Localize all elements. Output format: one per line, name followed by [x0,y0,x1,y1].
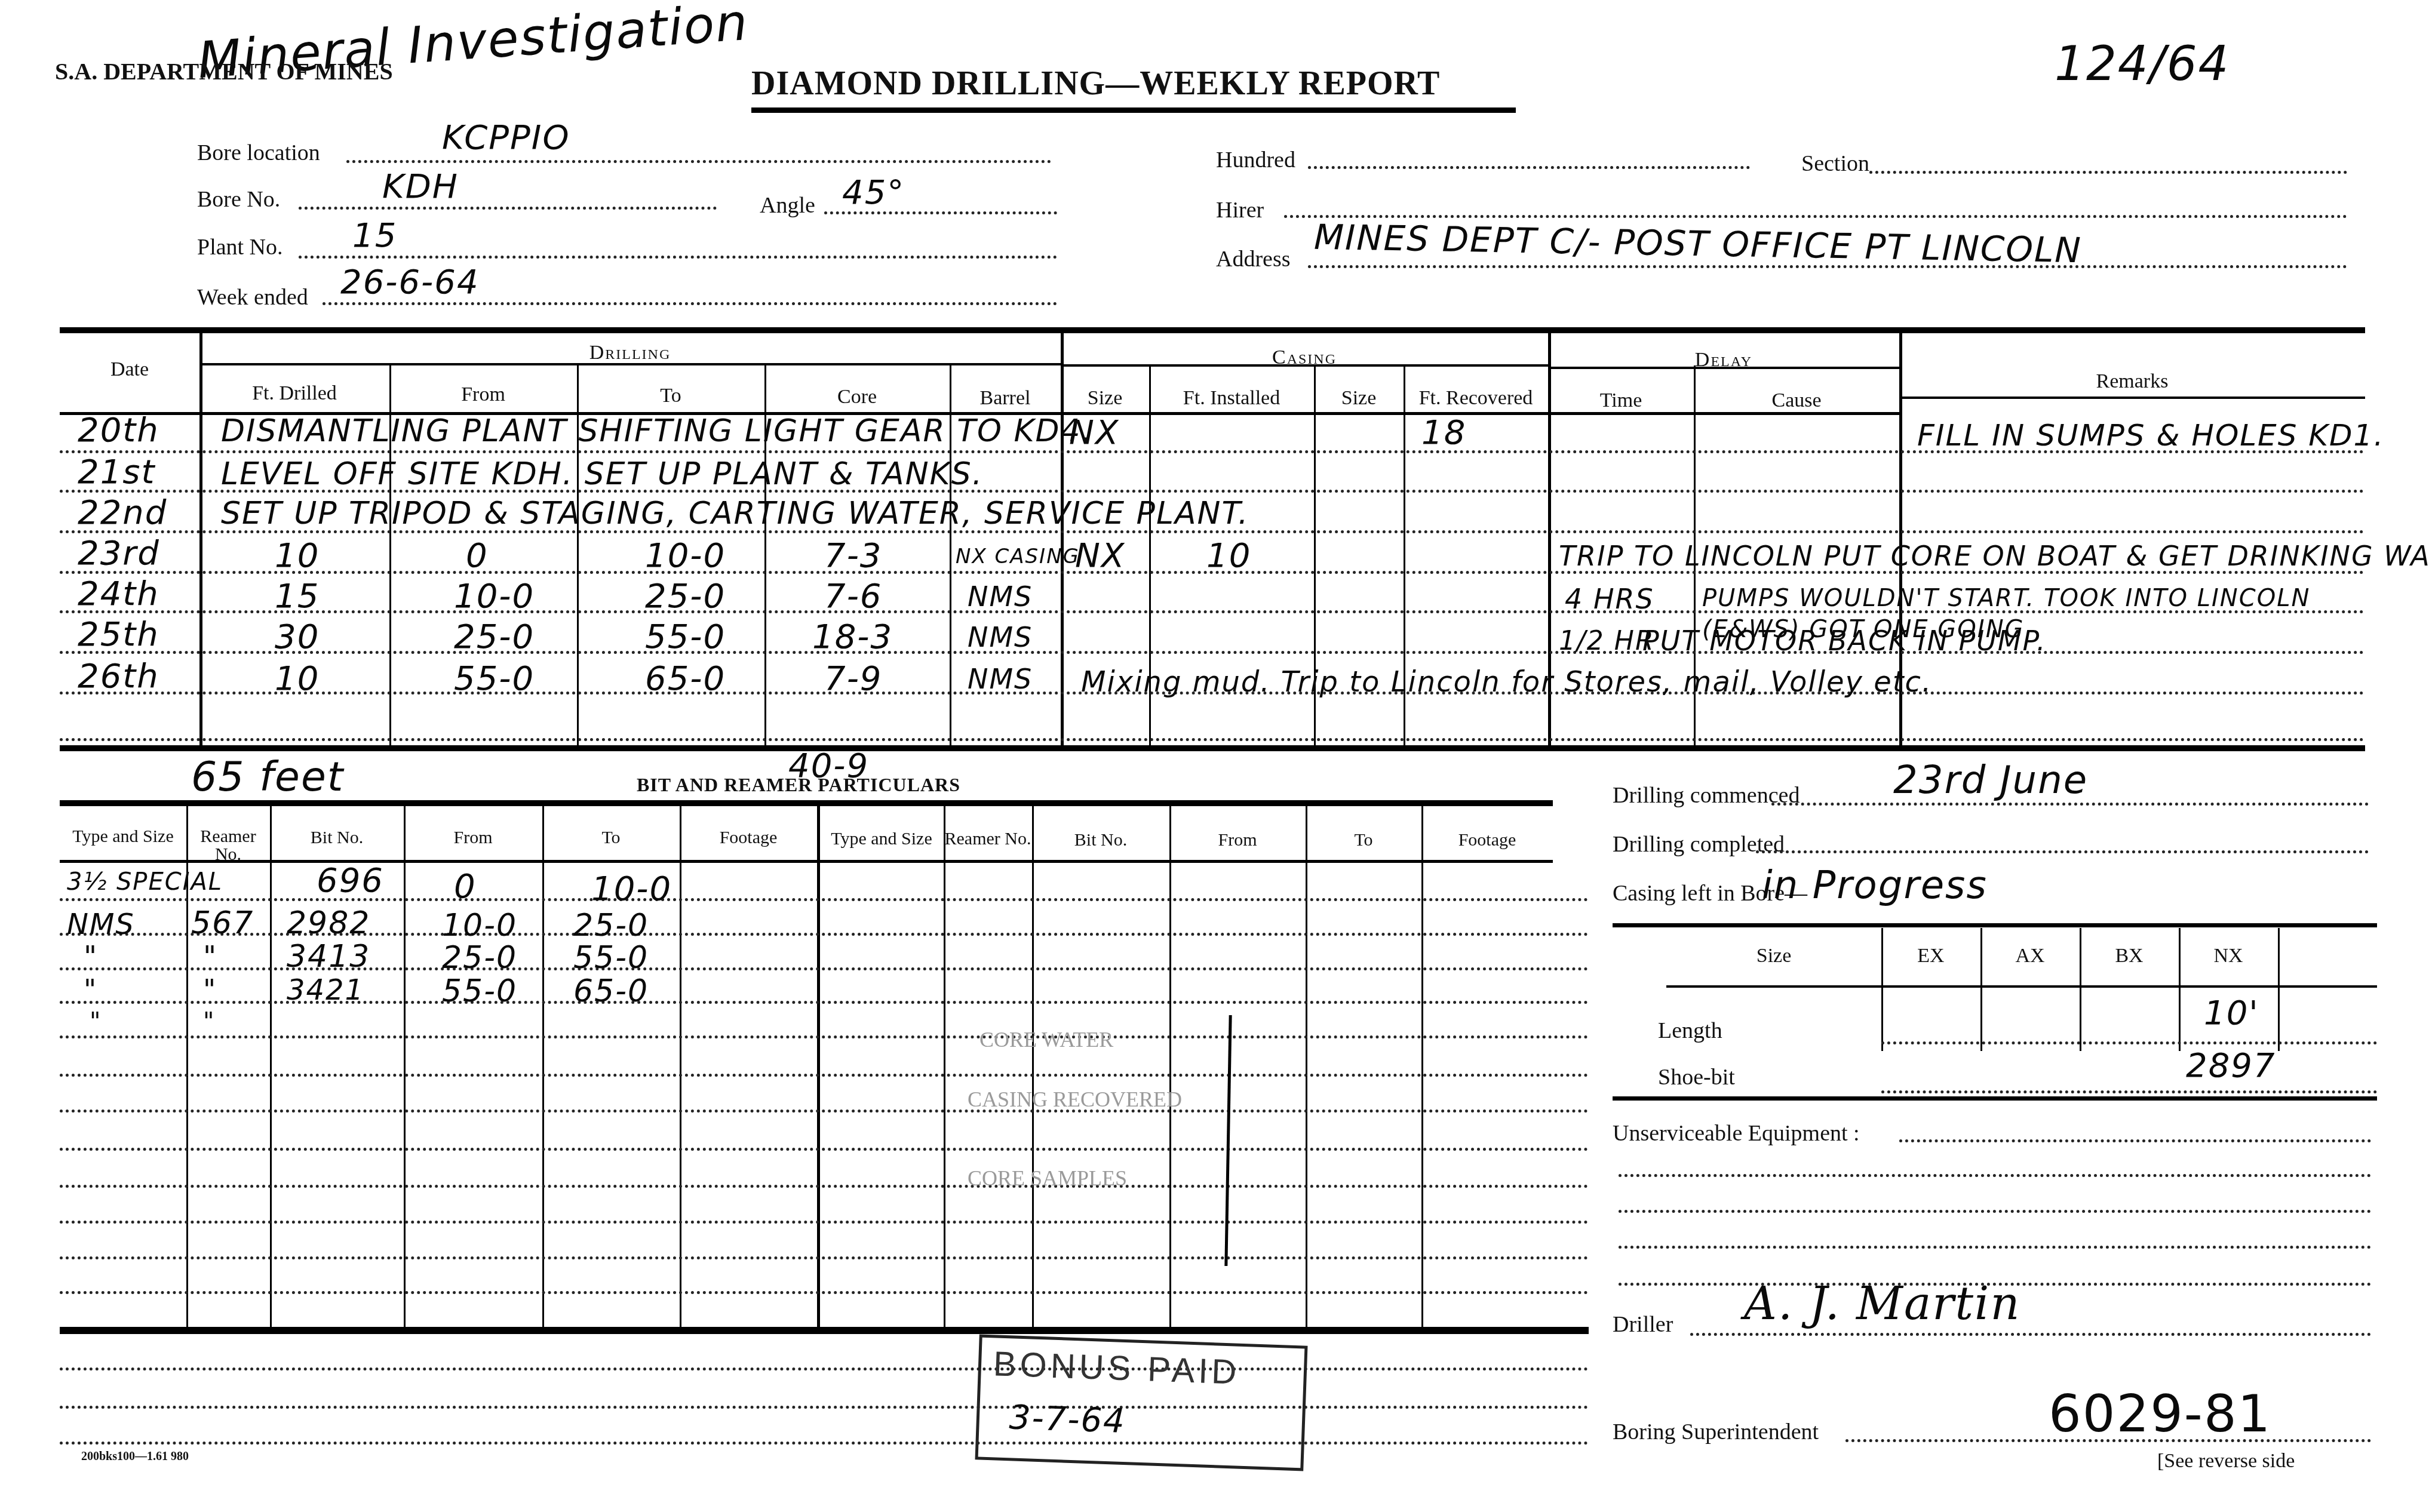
row-line [60,1256,1589,1259]
row-delay-cause: PUT MOTOR BACK IN PUMP. [1642,625,2047,657]
unserviceable-line [1619,1210,2371,1213]
bit-header-bit: Bit No. [270,828,404,848]
section-line [1869,171,2347,174]
stamp-mark [1224,1015,1232,1266]
row-to: 10-0 [645,536,726,575]
row-activity: DISMANTLING PLANT SHIFTING LIGHT GEAR TO… [221,413,1092,449]
bit-table-bottom-rule [60,1327,1589,1334]
header-casing-size-2: Size [1314,387,1404,410]
row-casing-size: NX [1069,413,1119,452]
row-line [60,1035,1589,1038]
header-ft-recovered: Ft. Recovered [1404,387,1548,410]
form-print-code: 200bks100—1.61 980 [81,1450,189,1464]
row-core: 18-3 [812,617,893,656]
row-core: 7-9 [824,659,882,698]
superintendent-value[interactable]: 6029-81 [2049,1384,2271,1444]
row-line [60,1367,1589,1370]
bit-header-reamer: Reamer No. [186,828,270,863]
col-divider [944,806,945,1327]
bit-row-type: " [84,940,98,973]
header-ft-drilled: Ft. Drilled [199,382,389,405]
bit-row-from: 0 [454,867,477,906]
hirer-label: Hirer [1216,197,1264,223]
bit-row-to: 10-0 [591,869,672,908]
driller-line [1690,1333,2371,1336]
bit-row-reamer: " [203,973,217,1006]
row-note: Mixing mud. Trip to Lincoln for Stores, … [1081,665,1932,699]
row-delay-note: TRIP TO LINCOLN PUT CORE ON BOAT & GET D… [1559,540,2429,572]
header-date: Date [60,358,199,381]
row-date: 23rd [78,534,160,573]
see-reverse-note: [See reverse side [2157,1450,2295,1473]
row-to: 65-0 [645,659,726,698]
row-activity: SET UP TRIPOD & STAGING, CARTING WATER, … [221,496,1249,531]
row-ft-recovered: 18 [1421,413,1466,452]
week-ended-label: Week ended [197,284,308,311]
row-line [60,1110,1589,1113]
row-line [60,1291,1589,1294]
unserviceable-line [1619,1174,2371,1177]
casing-header-ex: EX [1881,945,1980,967]
row-date: 25th [78,615,159,654]
row-ft-drilled: 15 [275,577,320,616]
row-ft-drilled: 30 [275,617,320,656]
plant-no-value[interactable]: 15 [352,216,397,255]
row-delay-time: 1/2 HR [1559,626,1654,656]
col-divider [817,806,820,1327]
col-divider [1306,806,1307,1327]
bit-header-to: To [542,828,680,848]
header-delay-cause: Cause [1694,389,1899,412]
plant-no-line [299,256,1057,259]
casing-header-nx: NX [2179,945,2278,967]
bore-no-label: Bore No. [197,186,280,213]
drilling-commenced-line [1771,803,2369,806]
casing-header-ax: AX [1980,945,2080,967]
row-date: 22nd [78,493,167,532]
bit-row-from: 25-0 [442,940,517,976]
bit-row-to: 65-0 [573,973,649,1009]
total-feet-note: 65 feet [191,754,344,801]
row-activity: LEVEL OFF SITE KDH. SET UP PLANT & TANKS… [221,456,983,492]
row-ft-drilled: 10 [275,536,320,575]
bit-header-bit-2: Bit No. [1032,830,1169,850]
bit-table-top-rule [60,800,1553,806]
casing-header-bx: BX [2080,945,2179,967]
bit-row-type: " [84,973,97,1006]
angle-value[interactable]: 45° [842,173,905,212]
faint-stamp-text: CASING RECOVERED [968,1087,1182,1112]
col-divider [1169,806,1171,1327]
bit-header-type-2: Type and Size [819,830,944,848]
row-barrel: NMS [968,580,1033,613]
remarks-rule [1899,397,2365,399]
row-barrel: NMS [968,663,1033,695]
bore-location-label: Bore location [197,140,320,166]
unserviceable-line [1619,1246,2371,1249]
bit-row-to: 25-0 [573,908,649,944]
hundred-label: Hundred [1216,147,1295,173]
row-date: 24th [78,574,159,613]
table-top-rule [60,327,2365,333]
subheader-rule [1548,367,1899,369]
row-delay-time: 4 HRS [1565,583,1654,615]
casing-table-bottom-rule [1613,1096,2377,1101]
casing-header-rule [1666,985,2377,988]
plant-no-label: Plant No. [197,234,283,260]
bonus-paid-stamp: BONUS PAID 3-7-64 [975,1334,1308,1471]
superintendent-label: Boring Superintendent [1613,1419,1819,1445]
bit-row-bit: 2982 [287,905,370,941]
row-line [60,1074,1589,1077]
row-remarks: FILL IN SUMPS & HOLES KD1. [1917,418,2384,453]
address-label: Address [1216,246,1291,272]
faint-stamp-text: CORE SAMPLES [968,1166,1127,1191]
row-line [60,1406,1589,1409]
department-name: S.A. DEPARTMENT OF MINES [55,57,393,85]
row-line [60,1185,1589,1188]
bore-location-line [346,160,1051,163]
casing-shoebit-nx[interactable]: 2897 [2186,1046,2276,1085]
casing-length-nx[interactable]: 10' [2204,994,2259,1032]
bit-header-type: Type and Size [60,828,186,846]
bore-location-value[interactable]: KCPPIO [442,118,570,157]
row-from: 25-0 [454,617,535,656]
col-divider [680,806,681,1327]
header-ft-installed: Ft. Installed [1149,387,1314,410]
bit-reamer-title: BIT AND REAMER PARTICULARS [637,774,960,796]
file-reference: 124/64 [2055,36,2230,91]
bit-row-reamer: " [203,940,217,973]
bit-header-to-2: To [1306,830,1421,850]
col-divider [1032,806,1034,1327]
bit-header-footage-2: Footage [1421,830,1553,850]
casing-header-size: Size [1666,945,1881,967]
row-ft-drilled: 10 [275,659,320,698]
row-casing-size: NX [1075,536,1125,575]
header-core: Core [764,386,950,408]
row-to: 55-0 [645,617,726,656]
row-date: 21st [78,453,155,491]
casing-row-shoebit-label: Shoe-bit [1658,1064,1735,1090]
subheader-rule [199,363,1061,365]
casing-left-value[interactable]: in Progress [1762,863,1988,908]
casing-table-top-rule [1613,923,2377,927]
col-divider [404,806,406,1327]
drilling-completed-line [1756,850,2369,853]
header-to: To [577,385,764,407]
col-divider [542,806,544,1327]
row-line [60,898,1589,901]
drilling-completed-label: Drilling completed [1613,831,1785,858]
col-divider [2278,928,2280,1051]
header-delay-time: Time [1548,389,1694,412]
bit-row-bit: 3421 [287,973,364,1007]
bit-row-reamer: 567 [191,905,254,941]
row-from: 10-0 [454,577,535,616]
address-value[interactable]: MINES DEPT C/- POST OFFICE PT LINCOLN [1314,217,2083,271]
row-line [60,738,2365,741]
row-date: 26th [78,657,159,696]
row-line [60,1221,1589,1224]
bit-row-bit: 696 [317,861,384,900]
col-divider [1421,806,1423,1327]
row-core: 7-3 [824,536,882,575]
bore-no-line [299,207,717,210]
casing-row-length-label: Length [1658,1018,1722,1044]
header-from: From [389,383,577,406]
angle-label: Angle [760,192,815,219]
week-ended-value[interactable]: 26-6-64 [340,263,480,302]
section-label: Section [1801,150,1869,177]
hundred-line [1308,166,1750,169]
driller-signature[interactable]: A. J. Martin [1744,1277,2020,1330]
drilling-commenced-value[interactable]: 23rd June [1893,758,2088,803]
row-barrel: NX CASING [956,545,1080,568]
row-from: 0 [466,536,489,575]
bit-row-bit: 3413 [287,939,370,975]
unserviceable-label: Unserviceable Equipment : [1613,1120,1860,1147]
stamp-text: BONUS PAID [993,1344,1241,1392]
row-ft-installed: 10 [1206,536,1251,575]
bit-row-type: " [90,1008,102,1035]
row-from: 55-0 [454,659,535,698]
subheader-rule [1061,364,1548,367]
bit-row-to: 55-0 [573,940,649,976]
col-divider [270,806,272,1327]
row-date: 20th [78,411,159,450]
bit-header-from-2: From [1169,830,1306,850]
header-casing-size: Size [1061,387,1149,410]
unserviceable-line [1899,1139,2371,1142]
faint-stamp-text: CORE WATER [979,1027,1113,1052]
group-remarks: Remarks [1899,370,2365,393]
bit-row-from: 10-0 [442,908,517,944]
bit-row-from: 55-0 [442,973,517,1009]
hirer-line [1284,215,2347,218]
table-bottom-rule [60,745,2365,751]
row-core: 7-6 [824,577,882,616]
stamp-date: 3-7-64 [1009,1398,1126,1441]
group-drilling: Drilling [199,342,1061,364]
bore-no-value[interactable]: KDH [382,167,459,206]
page-title: DIAMOND DRILLING—WEEKLY REPORT [751,64,1440,103]
bit-row-type: 3½ SPECIAL [67,868,223,896]
row-to: 25-0 [645,577,726,616]
bit-row-reamer: " [203,1008,215,1035]
row-barrel: NMS [968,621,1033,653]
title-underline [751,107,1516,113]
row-line [60,1442,1589,1445]
bit-header-bottom-rule [60,860,1553,863]
row-line [1881,1090,2377,1093]
row-line [1881,1041,2377,1044]
bit-header-reamer-2: Reamer No. [944,830,1032,848]
bit-header-footage: Footage [680,828,817,848]
header-barrel: Barrel [950,387,1061,410]
driller-label: Driller [1613,1311,1673,1338]
bit-row-type: NMS [67,908,135,941]
week-ended-line [323,302,1057,305]
row-line [60,1148,1589,1151]
bit-header-from: From [404,828,542,848]
